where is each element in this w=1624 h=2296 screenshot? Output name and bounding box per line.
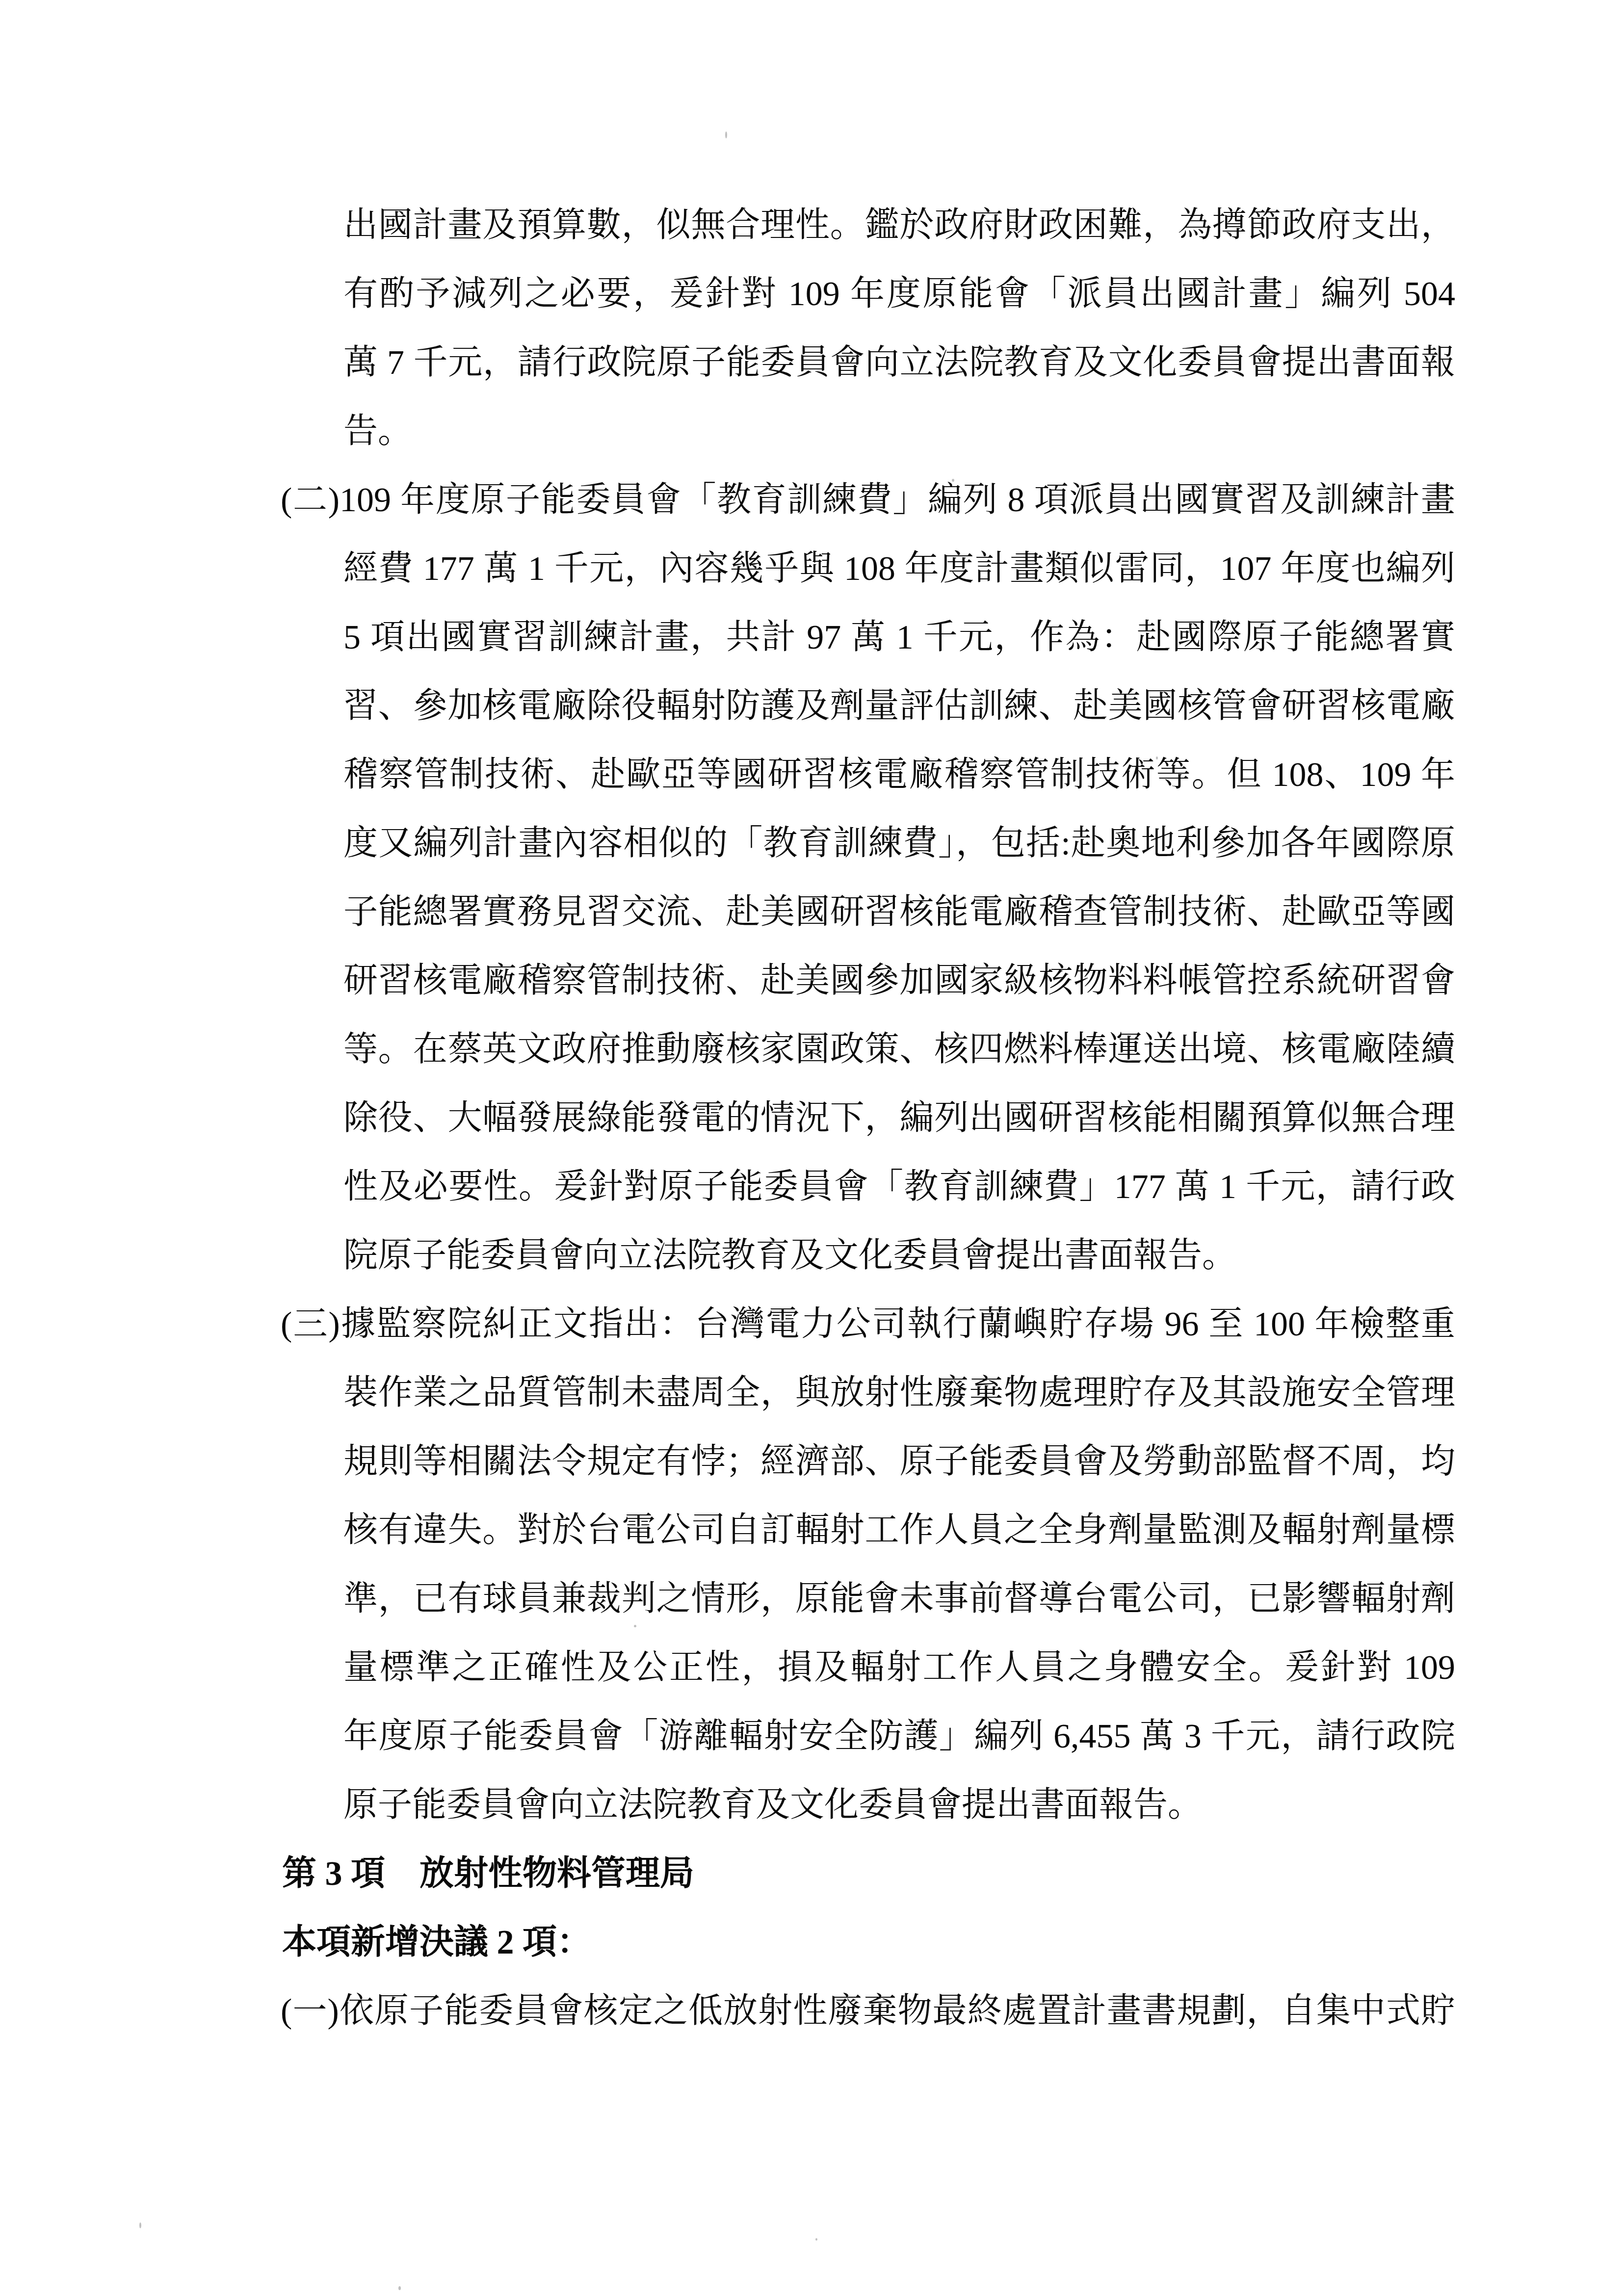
body-line: 等。在蔡英文政府推動廢核家園政策、核四燃料棒運送出境、核電廠陸續 bbox=[343, 1016, 1455, 1084]
body-line: 年度原子能委員會「游離輻射安全防護」編列 6,455 萬 3 千元，請行政院 bbox=[343, 1702, 1455, 1771]
section-heading: 第 3 項 放射性物料管理局 bbox=[282, 1840, 694, 1908]
body-line: 萬 7 千元，請行政院原子能委員會向立法院教育及文化委員會提出書面報 bbox=[343, 329, 1455, 397]
list-item-line: (二)109 年度原子能委員會「教育訓練費」編列 8 項派員出國實習及訓練計畫 bbox=[281, 466, 1455, 535]
body-line: 除役、大幅發展綠能發電的情況下，編列出國研習核能相關預算似無合理 bbox=[343, 1084, 1455, 1153]
scan-speck bbox=[139, 2222, 141, 2228]
scan-speck bbox=[1156, 757, 1158, 759]
scan-speck bbox=[815, 2238, 817, 2241]
scan-speck bbox=[492, 278, 494, 282]
body-line: 核有違失。對於台電公司自訂輻射工作人員之全身劑量監測及輻射劑量標 bbox=[343, 1496, 1455, 1565]
body-line: 出國計畫及預算數，似無合理性。鑑於政府財政困難，為撙節政府支出， bbox=[343, 191, 1455, 260]
body-line: 院原子能委員會向立法院教育及文化委員會提出書面報告。 bbox=[343, 1222, 1455, 1290]
scan-speck bbox=[952, 479, 954, 482]
body-line: 準，已有球員兼裁判之情形，原能會未事前督導台電公司，已影響輻射劑 bbox=[343, 1565, 1455, 1634]
scan-speck bbox=[1159, 1588, 1161, 1592]
body-line: 規則等相關法令規定有悖；經濟部、原子能委員會及勞動部監督不周，均 bbox=[343, 1428, 1455, 1496]
body-line: 原子能委員會向立法院教育及文化委員會提出書面報告。 bbox=[343, 1771, 1455, 1840]
body-line: 裝作業之品質管制未盡周全，與放射性廢棄物處理貯存及其設施安全管理 bbox=[343, 1359, 1455, 1428]
body-line: 量標準之正確性及公正性，損及輻射工作人員之身體安全。爰針對 109 bbox=[343, 1634, 1455, 1702]
body-line: 5 項出國實習訓練計畫，共計 97 萬 1 千元，作為：赴國際原子能總署實 bbox=[343, 603, 1455, 672]
document-page: 出國計畫及預算數，似無合理性。鑑於政府財政困難，為撙節政府支出， 有酌予減列之必… bbox=[0, 0, 1624, 2296]
body-line: 告。 bbox=[343, 397, 1455, 466]
body-line: 研習核電廠稽察管制技術、赴美國參加國家級核物料料帳管控系統研習會 bbox=[343, 947, 1455, 1016]
body-line: 稽察管制技術、赴歐亞等國研習核電廠稽察管制技術等。但 108、109 年 bbox=[343, 741, 1455, 809]
body-line: 習、參加核電廠除役輻射防護及劑量評估訓練、赴美國核管會研習核電廠 bbox=[343, 672, 1455, 741]
body-line: 子能總署實務見習交流、赴美國研習核能電廠稽查管制技術、赴歐亞等國 bbox=[343, 878, 1455, 947]
list-item-line: (一)依原子能委員會核定之低放射性廢棄物最終處置計畫書規劃，自集中式貯 bbox=[281, 1977, 1455, 2046]
body-line: 有酌予減列之必要，爰針對 109 年度原能會「派員出國計畫」編列 504 bbox=[343, 260, 1455, 329]
scan-speck bbox=[725, 131, 727, 138]
body-line: 度又編列計畫內容相似的「教育訓練費」，包括:赴奧地利參加各年國際原 bbox=[343, 809, 1455, 878]
scan-speck bbox=[634, 1625, 636, 1627]
list-item-line: (三)據監察院糾正文指出：台灣電力公司執行蘭嶼貯存場 96 至 100 年檢整重 bbox=[281, 1290, 1455, 1359]
scan-speck bbox=[398, 2286, 401, 2290]
body-line: 性及必要性。爰針對原子能委員會「教育訓練費」177 萬 1 千元，請行政 bbox=[343, 1153, 1455, 1222]
subsection-heading: 本項新增決議 2 項： bbox=[282, 1908, 591, 1977]
body-line: 經費 177 萬 1 千元，內容幾乎與 108 年度計畫類似雷同，107 年度也… bbox=[343, 535, 1455, 603]
